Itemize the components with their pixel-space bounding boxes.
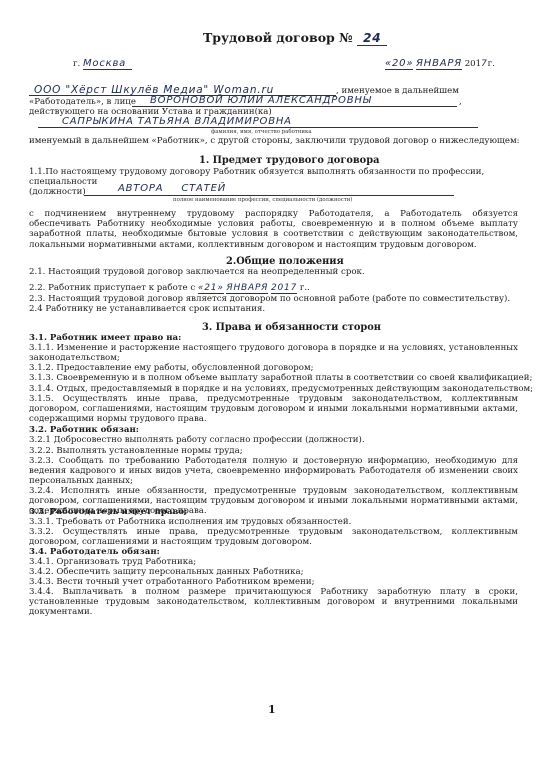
position-value: Автора статей bbox=[118, 183, 226, 194]
clause-2-2-prefix: 2.2. Работник приступает к работе с bbox=[29, 283, 195, 293]
clause-3-1-1: 3.1.1. Изменение и расторжение настоящег… bbox=[29, 343, 518, 363]
position-caption: полное наименование профессии, специальн… bbox=[173, 197, 352, 203]
city-value: Москва bbox=[83, 58, 132, 70]
start-year: 2017 bbox=[271, 283, 297, 294]
comma: , bbox=[459, 97, 462, 107]
clause-2-1: 2.1. Настоящий трудовой договор заключае… bbox=[29, 267, 365, 277]
clause-3-4-heading: 3.4. Работодатель обязан: bbox=[29, 547, 160, 557]
date-month: января bbox=[416, 58, 462, 70]
clause-3-1-2: 3.1.2. Предоставление ему работы, обусло… bbox=[29, 363, 314, 373]
clause-3-1-4: 3.1.4. Отдых, предоставляемый в порядке … bbox=[29, 384, 533, 394]
title-text: Трудовой договор № bbox=[203, 30, 353, 45]
clause-1-1-line1: 1.1.По настоящему трудовому договору Раб… bbox=[29, 167, 484, 177]
clause-3-2-1: 3.2.1 Добросовестно выполнять работу сог… bbox=[29, 435, 365, 445]
date-year: 2017г. bbox=[465, 59, 495, 69]
clause-3-1-heading: 3.1. Работник имеет право на: bbox=[29, 333, 181, 343]
clause-2-2-suffix: г.. bbox=[300, 283, 310, 293]
city-prefix: г. bbox=[73, 59, 80, 69]
clause-3-1-3: 3.1.3. Своевременную и в полном объеме в… bbox=[29, 373, 532, 383]
date-field: «20» января 2017г. bbox=[385, 59, 495, 69]
clause-3-3-2: 3.3.2. Осуществлять иные права, предусмо… bbox=[29, 527, 518, 547]
employee-name: Сапрыкина Татьяна Владимировна bbox=[62, 116, 292, 127]
clause-2-4: 2.4 Работнику не устанавливается срок ис… bbox=[29, 304, 265, 314]
clause-3-1-5: 3.1.5. Осуществлять иные права, предусмо… bbox=[29, 394, 518, 425]
clause-3-3-1: 3.3.1. Требовать от Работника исполнения… bbox=[29, 517, 351, 527]
clause-3-4-4: 3.4.4. Выплачивать в полном размере прич… bbox=[29, 587, 518, 618]
clause-3-2-heading: 3.2. Работник обязан: bbox=[29, 425, 139, 435]
contract-page: Трудовой договор № 24 г. Москва «20» янв… bbox=[0, 0, 559, 770]
clause-3-3-heading: 3.3. Работодатель имеет право: bbox=[29, 507, 187, 517]
employee-caption: фамилия, имя, отчество работника bbox=[211, 129, 312, 135]
clause-1-1-line2: специальности bbox=[29, 177, 97, 187]
city-field: г. Москва bbox=[73, 59, 132, 69]
date-day: «20» bbox=[385, 58, 413, 70]
clause-2-3: 2.3. Настоящий трудовой договор является… bbox=[29, 294, 510, 304]
page-number: 1 bbox=[268, 703, 276, 716]
representative-name: Вороновой Юлии Александровны bbox=[150, 95, 372, 106]
clause-1-1-label: (должности) bbox=[29, 187, 86, 197]
section-3-heading: 3. Права и обязанности сторон bbox=[202, 322, 381, 333]
clause-3-2-3: 3.2.3. Сообщать по требованию Работодате… bbox=[29, 456, 518, 487]
employee-underline bbox=[38, 127, 478, 128]
contract-title: Трудовой договор № 24 bbox=[203, 30, 387, 45]
clause-3-4-1: 3.4.1. Организовать труд Работника; bbox=[29, 557, 196, 567]
clause-2-2: 2.2. Работник приступает к работе с «21»… bbox=[29, 283, 310, 293]
clause-3-4-2: 3.4.2. Обеспечить защиту персональных да… bbox=[29, 567, 303, 577]
start-day: «21» bbox=[198, 283, 224, 294]
section-2-heading: 2.Общие положения bbox=[226, 256, 344, 267]
position-underline bbox=[84, 195, 454, 196]
contract-number: 24 bbox=[357, 31, 387, 46]
employer-role-line: «Работодатель», в лице bbox=[29, 97, 136, 107]
clause-3-2-2: 3.2.2. Выполнять установленные нормы тру… bbox=[29, 446, 243, 456]
section-1-heading: 1. Предмет трудового договора bbox=[199, 155, 379, 166]
start-month: января bbox=[226, 283, 268, 294]
clause-3-4-3: 3.4.3. Вести точный учет отработанного Р… bbox=[29, 577, 315, 587]
clause-1-body: с подчинением внутреннему трудовому расп… bbox=[29, 209, 518, 250]
preamble-end: именуемый в дальнейшем «Работник», с дру… bbox=[29, 136, 520, 146]
